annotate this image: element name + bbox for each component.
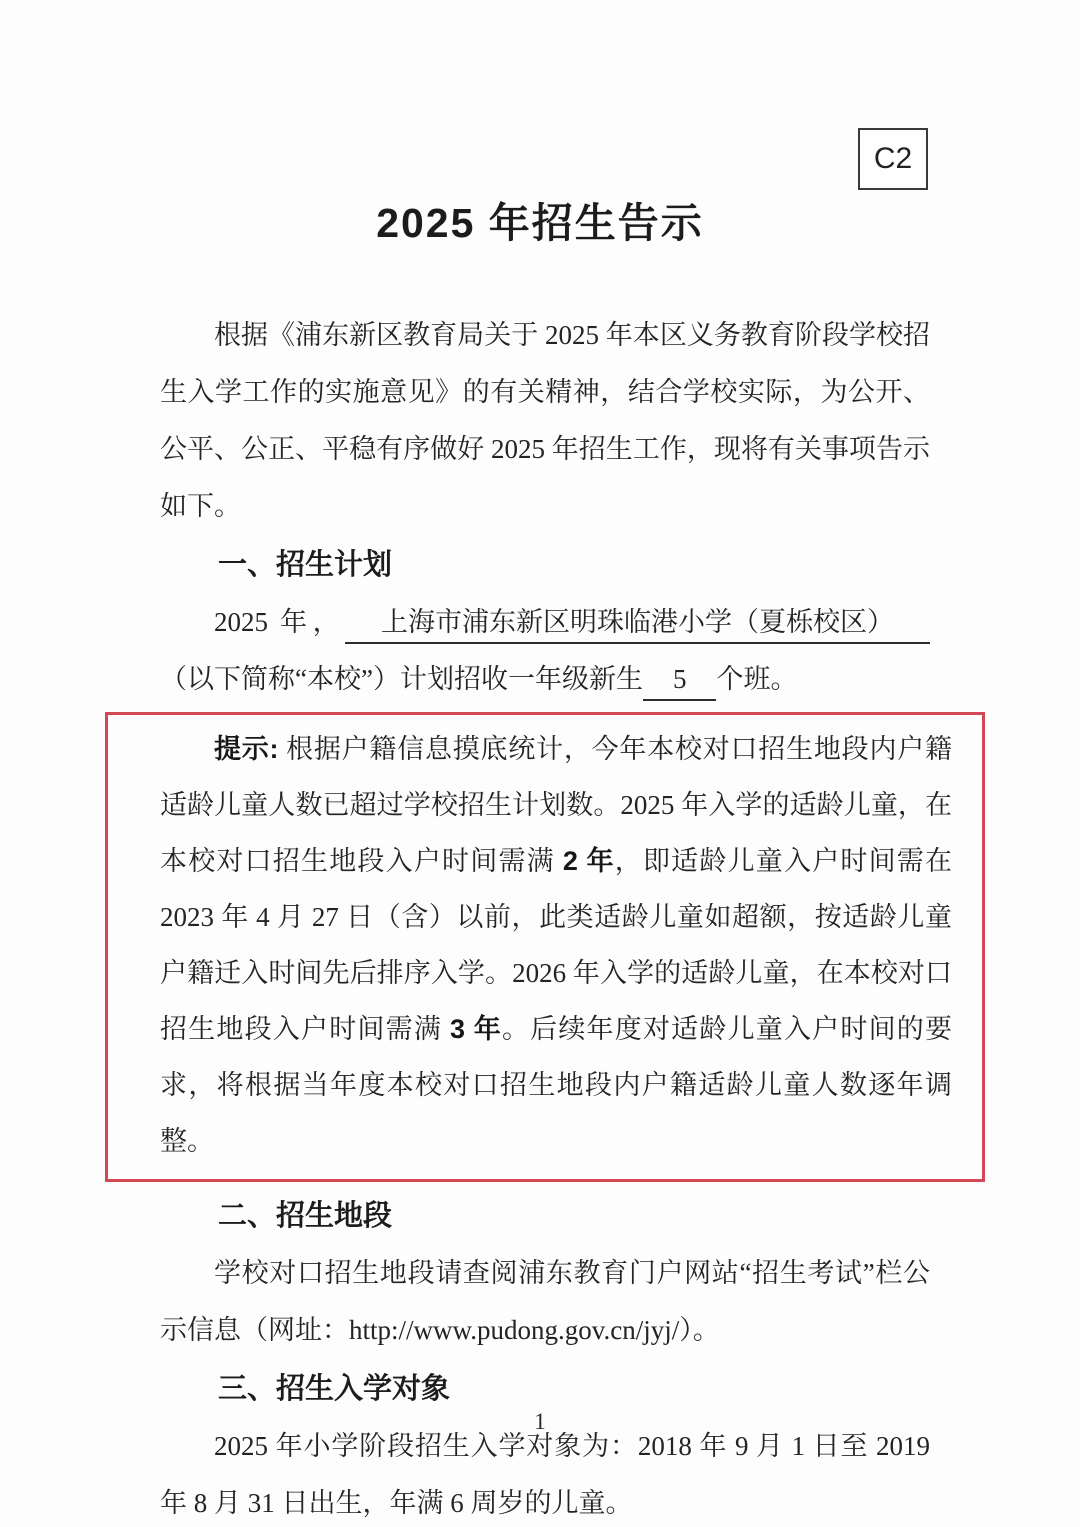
section-2-heading: 二、招生地段 [160, 1188, 930, 1245]
plan-middle: （以下简称“本校”）计划招收一年级新生 [160, 664, 643, 694]
notice-box: 提示: 根据户籍信息摸底统计，今年本校对口招生地段内户籍适龄儿童人数已超过学校招… [105, 712, 985, 1182]
notice-bold-3-years: 3 年 [450, 1014, 502, 1044]
intro-paragraph: 根据《浦东新区教育局关于 2025 年本区义务教育阶段学校招生入学工作的实施意见… [160, 307, 930, 535]
notice-bold-2-years: 2 年 [563, 846, 615, 876]
corner-label-box: C2 [858, 128, 928, 190]
document-body: 根据《浦东新区教育局关于 2025 年本区义务教育阶段学校招生入学工作的实施意见… [160, 307, 930, 1527]
plan-suffix: 个班。 [716, 664, 797, 694]
section-2-paragraph: 学校对口招生地段请查阅浦东教育门户网站“招生考试”栏公示信息（网址：http:/… [160, 1245, 930, 1359]
corner-label: C2 [874, 142, 912, 176]
section-1-heading: 一、招生计划 [160, 537, 930, 594]
notice-label: 提示: [214, 734, 279, 764]
document-title: 2025 年招生告示 [0, 190, 1080, 249]
class-count-underline: 5 [643, 659, 717, 701]
page-number: 1 [0, 1409, 1080, 1435]
school-name-underline: 上海市浦东新区明珠临港小学（夏栎校区） [345, 602, 930, 644]
document-page: C2 2025 年招生告示 根据《浦东新区教育局关于 2025 年本区义务教育阶… [0, 0, 1080, 1527]
plan-prefix: 2025 年， [214, 607, 345, 637]
enrollment-plan-paragraph: 2025 年，上海市浦东新区明珠临港小学（夏栎校区）（以下简称“本校”）计划招收… [160, 594, 930, 708]
notice-paragraph: 提示: 根据户籍信息摸底统计，今年本校对口招生地段内户籍适龄儿童人数已超过学校招… [160, 721, 952, 1169]
